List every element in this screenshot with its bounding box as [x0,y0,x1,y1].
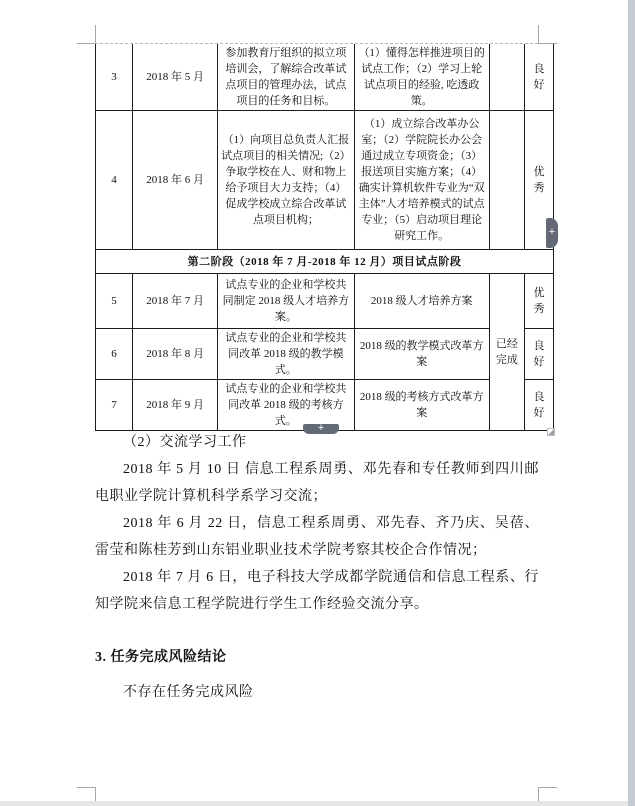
date-cell: 2018 年 7 月 [133,274,218,329]
row-number-cell: 5 [96,274,133,329]
project-progress-table: 3 2018 年 5 月 参加教育厅组织的拟立项培训会，了解综合改革试点项目的管… [95,44,554,431]
exchange-paragraph-1: 2018 年 5 月 10 日 信息工程系周勇、邓先春和专任教师到四川邮电职业学… [95,456,539,510]
margin-mark-top-right-vertical [538,25,539,43]
row-number-cell: 4 [96,111,133,250]
margin-mark-bottom-right-vertical [538,787,539,801]
table-row-4: 4 2018 年 6 月 （1）向项目总负责人汇报试点项目的相关情况;（2）争取… [96,111,554,250]
result-cell: 2018 级的考核方式改革方案 [354,380,489,431]
table-row-5: 5 2018 年 7 月 试点专业的企业和学校共同制定 2018 级人才培养方案… [96,274,554,329]
exchange-paragraph-2: 2018 年 6 月 22 日，信息工程系周勇、邓先春、齐乃庆、吴蓓、雷莹和陈桂… [95,510,539,564]
plus-icon: + [318,422,324,434]
margin-mark-top-left-vertical [95,25,96,43]
insert-column-button[interactable]: + [546,218,558,248]
task-cell: 试点专业的企业和学校共同改革 2018 级的教学模式。 [218,329,354,380]
task-cell: （1）向项目总负责人汇报试点项目的相关情况;（2）争取学校在人、财和物上给予项目… [218,111,354,250]
date-cell: 2018 年 9 月 [133,380,218,431]
plus-icon: + [549,226,555,238]
table-resize-handle-icon[interactable] [547,428,555,436]
risk-conclusion-paragraph: 不存在任务完成风险 [95,679,539,706]
task-cell: 试点专业的企业和学校共同改革 2018 级的考核方式。 [218,380,354,431]
status-cell [489,111,524,250]
completion-status-cell: 已经 完成 [489,274,524,431]
date-cell: 2018 年 8 月 [133,329,218,380]
table-row-3: 3 2018 年 5 月 参加教育厅组织的拟立项培训会，了解综合改革试点项目的管… [96,44,554,111]
stage-header-cell: 第二阶段（2018 年 7 月-2018 年 12 月）项目试点阶段 [96,250,554,274]
grade-cell: 良 好 [524,329,553,380]
status-cell [489,44,524,111]
grade-cell: 良 好 [524,44,553,111]
row-number-cell: 6 [96,329,133,380]
margin-mark-top-left-horizontal [77,43,95,44]
result-cell: 2018 级人才培养方案 [354,274,489,329]
task-cell: 试点专业的企业和学校共同制定 2018 级人才培养方案。 [218,274,354,329]
task-cell: 参加教育厅组织的拟立项培训会，了解综合改革试点项目的管理办法，试点项目的任务和目… [218,44,354,111]
margin-mark-bottom-right-horizontal [538,787,557,788]
grade-cell: 优 秀 [524,274,553,329]
result-cell: （1）懂得怎样推进项目的试点工作；（2）学习上轮试点项目的经验, 吃透政策。 [354,44,489,111]
risk-conclusion-heading: 3. 任务完成风险结论 [95,644,539,671]
table-row-7: 7 2018 年 9 月 试点专业的企业和学校共同改革 2018 级的考核方式。… [96,380,554,431]
horizontal-scrollbar-track[interactable] [0,801,628,806]
stage-header-row: 第二阶段（2018 年 7 月-2018 年 12 月）项目试点阶段 [96,250,554,274]
scrollbar-track[interactable] [628,0,635,806]
result-cell: （1）成立综合改革办公室；（2）学院院长办公会通过成立专项资金；（3）报送项目实… [354,111,489,250]
date-cell: 2018 年 6 月 [133,111,218,250]
grade-cell: 良 好 [524,380,553,431]
table-row-6: 6 2018 年 8 月 试点专业的企业和学校共同改革 2018 级的教学模式。… [96,329,554,380]
row-number-cell: 7 [96,380,133,431]
document-body-text: （2）交流学习工作 2018 年 5 月 10 日 信息工程系周勇、邓先春和专任… [95,429,539,706]
exchange-paragraph-3: 2018 年 7 月 6 日，电子科技大学成都学院通信和信息工程系、行知学院来信… [95,564,539,618]
margin-mark-bottom-left-horizontal [77,787,95,788]
row-number-cell: 3 [96,44,133,111]
date-cell: 2018 年 5 月 [133,44,218,111]
margin-mark-bottom-left-vertical [95,787,96,801]
result-cell: 2018 级的教学模式改革方案 [354,329,489,380]
insert-row-button[interactable]: + [303,424,339,434]
